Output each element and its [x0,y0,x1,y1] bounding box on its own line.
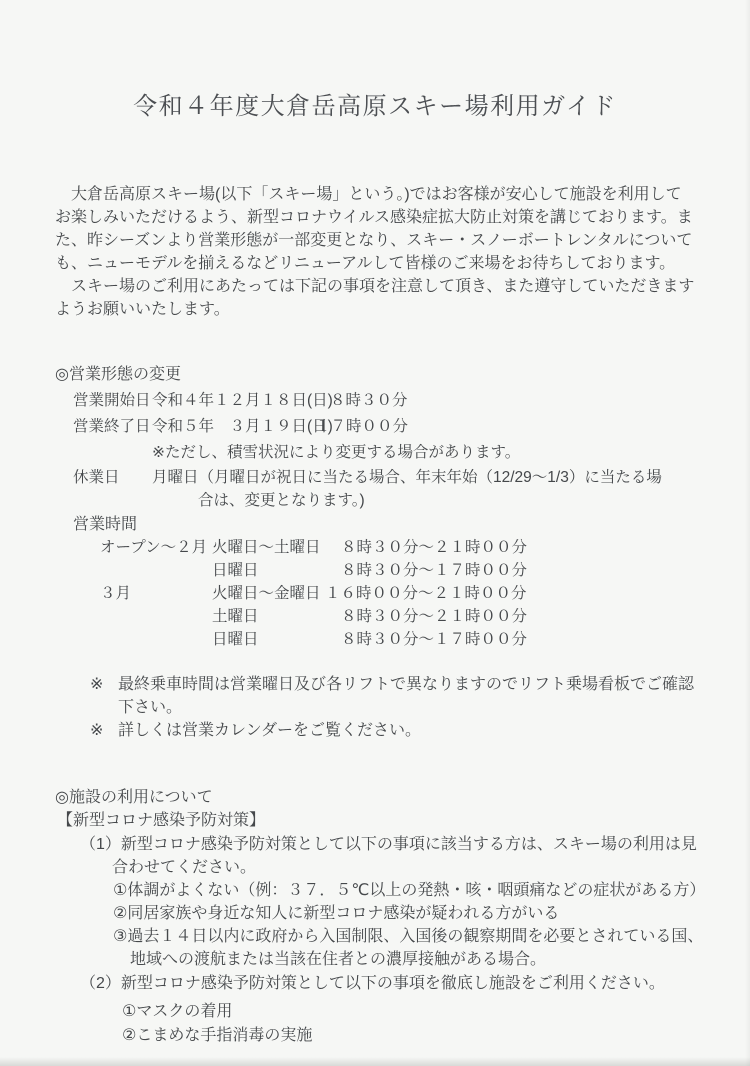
scan-bottom-shadow [0,1057,750,1066]
closing-date-row: 営業終了日 令和５年 ３月１９日(日) １７時００分 [0,415,750,438]
covid-measures-subheading: 【新型コロナ感染予防対策】 [57,809,265,832]
hours-days: 日曜日 [212,559,259,582]
opening-date-value: 令和４年１２月１８日(日) [152,389,333,412]
opening-time-value: ８時３０分 [330,389,408,412]
hours-days: 火曜日～金曜日 [212,582,321,605]
snow-condition-note: ※ただし、積雪状況により変更する場合があります。 [152,441,520,464]
lift-note-row: ※ 最終乗車時間は営業曜日及び各リフトで異なりますのでリフト乗場看板でご確認 [0,673,750,696]
note-marker: ※ [90,719,103,742]
closing-date-value: 令和５年 ３月１９日(日) [152,415,333,438]
covid-item2-line: （2）新型コロナ感染予防対策として以下の事項を徹底し施設をご利用ください。 [80,972,665,995]
hours-label: 営業時間 [73,513,137,536]
hours-time: ８時３０分～１７時００分 [341,559,527,582]
intro-line-1: 大倉岳高原スキー場(以下「スキー場」という。)ではお客様が安心して施設を利用して [55,183,682,206]
hours-row: 土曜日 ８時３０分～２１時００分 [0,605,750,628]
intro-line-4: も、ニューモデルを揃えるなどリニューアルして皆様のご来場をお待ちしております。 [55,252,675,275]
lift-note-line-1: 最終乗車時間は営業曜日及び各リフトで異なりますのでリフト乗場看板でご確認 [118,673,694,696]
hours-row: 日曜日 ８時３０分～１７時００分 [0,628,750,651]
covid-rule-1: ①マスクの着用 [122,1000,232,1023]
business-section-heading: ◎営業形態の変更 [55,363,181,386]
hours-days: 土曜日 [212,605,259,628]
lift-note-line-2: 下さい。 [118,696,182,719]
scan-edge-shadow [745,0,750,1066]
hours-time: ８時３０分～２１時００分 [341,536,527,559]
holiday-row: 休業日 月曜日（月曜日が祝日に当たる場合、年末年始（12/29～1/3）に当たる… [0,466,750,489]
note-marker: ※ [90,673,103,696]
covid-item1-line-2: 合わせてください。 [112,856,256,879]
holiday-line-1: 月曜日（月曜日が祝日に当たる場合、年末年始（12/29～1/3）に当たる場 [152,466,662,489]
hours-time: １６時００分～２１時００分 [325,582,527,605]
calendar-note-row: ※ 詳しくは営業カレンダーをご覧ください。 [0,719,750,742]
hours-days: 日曜日 [212,628,259,651]
covid-condition-3-line-2: 地域への渡航または当該在住者との濃厚接触がある場合。 [130,948,546,971]
covid-condition-1: ①体調がよくない（例：３７．５℃以上の発熱・咳・咽頭痛などの症状がある方） [113,879,705,902]
covid-rule-2: ②こまめな手指消毒の実施 [122,1024,312,1047]
holiday-label: 休業日 [73,466,120,489]
hours-time: ８時３０分～１７時００分 [341,628,527,651]
closing-date-label: 営業終了日 [73,415,151,438]
hours-time: ８時３０分～２１時００分 [341,605,527,628]
closing-time-value: １７時００分 [315,415,408,438]
intro-line-2: お楽しみいただけるよう、新型コロナウイルス感染症拡大防止対策を講じております。ま [55,206,693,229]
intro-line-5: スキー場のご利用にあたっては下記の事項を注意して頂き、また遵守していただきます [55,275,694,298]
covid-condition-2: ②同居家族や身近な知人に新型コロナ感染が疑われる方がいる [113,902,559,925]
hours-period: ３月 [100,582,131,605]
intro-line-6: ようお願いいたします。 [55,298,230,321]
hours-row: 日曜日 ８時３０分～１７時００分 [0,559,750,582]
covid-item1-line-1: （1）新型コロナ感染予防対策として以下の事項に該当する方は、スキー場の利用は見 [80,833,697,856]
calendar-note-line: 詳しくは営業カレンダーをご覧ください。 [118,719,421,742]
hours-days: 火曜日～土曜日 [212,536,321,559]
covid-condition-3-line-1: ③過去１４日以内に政府から入国制限、入国後の観察期間を必要とされている国、 [113,925,703,948]
page-title: 令和４年度大倉岳高原スキー場利用ガイド [0,92,750,122]
holiday-line-2: 合は、変更となります。) [198,489,365,512]
hours-row: オープン～２月 火曜日～土曜日 ８時３０分～２１時００分 [0,536,750,559]
intro-line-3: た、昨シーズンより営業形態が一部変更となり、スキー・スノーボートレンタルについて [55,229,692,252]
scanned-document-page: 令和４年度大倉岳高原スキー場利用ガイド 大倉岳高原スキー場(以下「スキー場」とい… [0,0,750,1066]
hours-row: ３月 火曜日～金曜日 １６時００分～２１時００分 [0,582,750,605]
hours-period: オープン～２月 [100,536,207,559]
facility-section-heading: ◎施設の利用について [55,786,213,809]
opening-date-row: 営業開始日 令和４年１２月１８日(日) ８時３０分 [0,389,750,412]
opening-date-label: 営業開始日 [73,389,151,412]
